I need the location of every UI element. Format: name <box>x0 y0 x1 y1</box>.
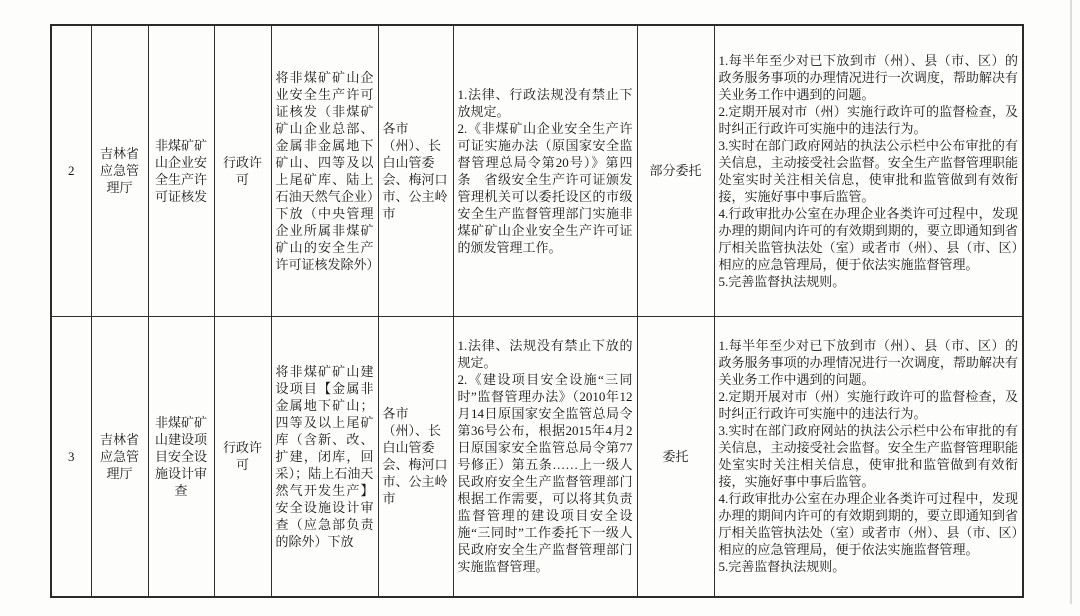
seq-cell: 3 <box>51 316 91 597</box>
item-name-cell: 非煤矿矿山企业安全生产许可证核发 <box>148 25 214 316</box>
department-cell: 吉林省应急管理厅 <box>91 25 148 316</box>
legal-basis-cell: 1.法律、法规没有禁止下放的规定。 2.《建设项目安全设施“三同时”监督管理办法… <box>453 316 637 597</box>
region-cell: 各市（州）、长白山管委会、梅河口市、公主岭市 <box>378 316 453 597</box>
table-row: 3 吉林省应急管理厅 非煤矿矿山建设项目安全设施设计审查 行政许可 将非煤矿矿山… <box>51 316 1023 597</box>
admin-type-cell: 行政许可 <box>214 25 271 316</box>
delegation-table: 2 吉林省应急管理厅 非煤矿矿山企业安全生产许可证核发 行政许可 将非煤矿矿山企… <box>50 24 1024 598</box>
legal-basis-cell: 1.法律、行政法规没有禁止下放规定。 2.《非煤矿山企业安全生产许可证实施办法（… <box>453 25 637 316</box>
content-cell: 将非煤矿矿山建设项目【金属非金属地下矿山；四等及以上尾矿库（含新、改、扩建，闭库… <box>271 316 378 597</box>
scanned-table-page: 2 吉林省应急管理厅 非煤矿矿山企业安全生产许可证核发 行政许可 将非煤矿矿山企… <box>0 0 1080 616</box>
supervision-notes-cell: 1.每半年至少对已下放到市（州）、县（市、区）的政务服务事项的办理情况进行一次调… <box>714 316 1023 597</box>
scan-edge-line <box>1070 0 1072 604</box>
delegation-cell: 委托 <box>637 316 714 597</box>
admin-type-cell: 行政许可 <box>214 316 271 597</box>
supervision-notes-cell: 1.每半年至少对已下放到市（州）、县（市、区）的政务服务事项的办理情况进行一次调… <box>714 25 1023 316</box>
department-cell: 吉林省应急管理厅 <box>91 316 148 597</box>
delegation-cell: 部分委托 <box>637 25 714 316</box>
seq-cell: 2 <box>51 25 91 316</box>
table-row: 2 吉林省应急管理厅 非煤矿矿山企业安全生产许可证核发 行政许可 将非煤矿矿山企… <box>51 25 1023 316</box>
item-name-cell: 非煤矿矿山建设项目安全设施设计审查 <box>148 316 214 597</box>
region-cell: 各市（州）、长白山管委会、梅河口市、公主岭市 <box>378 25 453 316</box>
content-cell: 将非煤矿矿山企业安全生产许可证核发（非煤矿矿山企业总部、金属非金属地下矿山、四等… <box>271 25 378 316</box>
